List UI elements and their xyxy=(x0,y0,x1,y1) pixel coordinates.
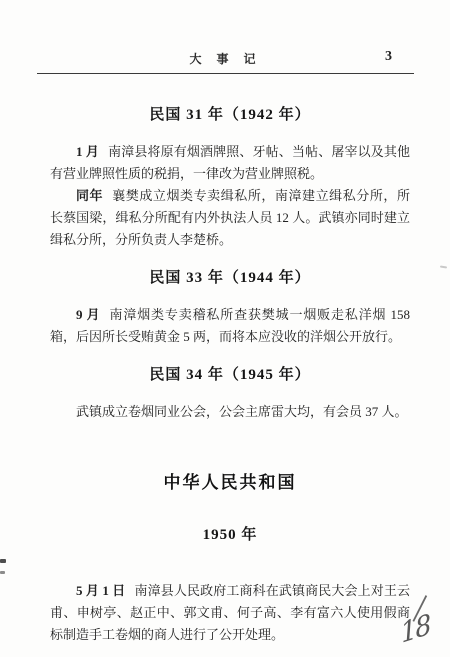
section-heading-1945: 民国 34 年（1945 年） xyxy=(50,363,410,384)
year-heading-1950: 1950 年 xyxy=(50,523,410,544)
paragraph-lead: 9 月 xyxy=(76,307,100,322)
section-heading-1944: 民国 33 年（1944 年） xyxy=(50,266,410,287)
paragraph-lead: 5 月 1 日 xyxy=(76,583,125,598)
scan-artifact xyxy=(0,559,6,563)
paragraph: 9 月南漳烟类专卖稽私所查获樊城一烟贩走私洋烟 158 箱，后因所长受贿黄金 5… xyxy=(50,304,410,348)
section-1945: 民国 34 年（1945 年） 武镇成立卷烟同业公会，公会主席雷大均，有会员 3… xyxy=(50,363,410,423)
scan-artifact xyxy=(440,266,447,269)
paragraph: 5 月 1 日南漳县人民政府工商科在武镇商民大会上对王云甫、申树亭、赵正中、郭文… xyxy=(50,580,410,646)
header-rule xyxy=(37,73,414,74)
page-number: 3 xyxy=(385,49,392,65)
section-heading-1942: 民国 31 年（1942 年） xyxy=(50,103,410,124)
section-1944: 民国 33 年（1944 年） 9 月南漳烟类专卖稽私所查获樊城一烟贩走私洋烟 … xyxy=(50,266,410,348)
paragraph: 武镇成立卷烟同业公会，公会主席雷大均，有会员 37 人。 xyxy=(50,401,410,423)
scan-artifact xyxy=(0,571,5,574)
paragraph: 同年襄樊成立烟类专卖缉私所，南漳建立缉私分所，所长蔡国梁，缉私分所配有内外执法人… xyxy=(50,185,410,251)
paragraph-body: 南漳县将原有烟酒牌照、牙帖、当帖、屠宰以及其他有营业牌照性质的税捐，一律改为营业… xyxy=(50,144,410,181)
running-header-title: 大 事 记 xyxy=(37,50,414,67)
section-1942: 民国 31 年（1942 年） 1 月南漳县将原有烟酒牌照、牙帖、当帖、屠宰以及… xyxy=(50,103,410,251)
section-prc: 中华人民共和国 1950 年 5 月 1 日南漳县人民政府工商科在武镇商民大会上… xyxy=(50,468,410,646)
paragraph-body: 襄樊成立烟类专卖缉私所，南漳建立缉私分所，所长蔡国梁，缉私分所配有内外执法人员 … xyxy=(50,188,410,247)
running-header: 大 事 记 3 xyxy=(37,50,414,72)
paragraph-body: 南漳烟类专卖稽私所查获樊城一烟贩走私洋烟 158 箱，后因所长受贿黄金 5 两，… xyxy=(50,307,410,344)
paragraph: 1 月南漳县将原有烟酒牌照、牙帖、当帖、屠宰以及其他有营业牌照性质的税捐，一律改… xyxy=(50,141,410,185)
paragraph-lead: 1 月 xyxy=(76,144,99,159)
page-content: 民国 31 年（1942 年） 1 月南漳县将原有烟酒牌照、牙帖、当帖、屠宰以及… xyxy=(50,88,410,646)
paragraph-body: 武镇成立卷烟同业公会，公会主席雷大均，有会员 37 人。 xyxy=(76,404,408,419)
era-heading: 中华人民共和国 xyxy=(50,468,410,493)
scanned-book-page: 大 事 记 3 民国 31 年（1942 年） 1 月南漳县将原有烟酒牌照、牙帖… xyxy=(0,0,450,657)
paragraph-lead: 同年 xyxy=(76,188,103,203)
